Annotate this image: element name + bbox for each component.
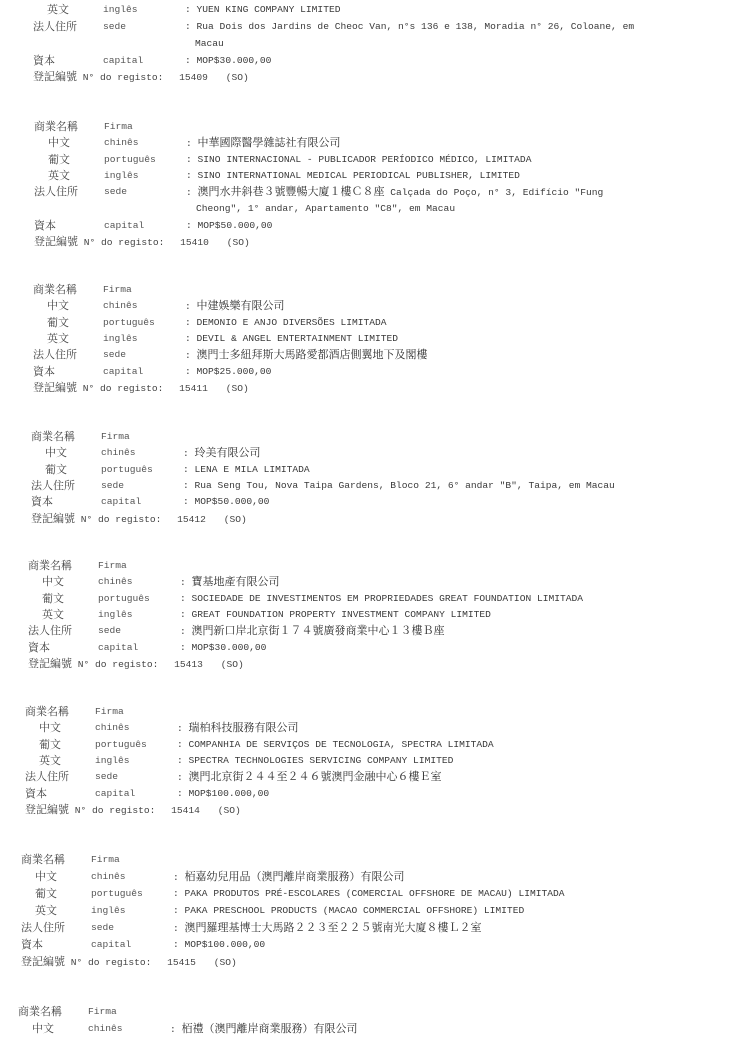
ingles-label-zh: 英文: [48, 167, 70, 184]
chines-label-pt: chinês: [91, 868, 126, 885]
registo-label-zh: 登記編號: [25, 803, 69, 816]
sede-label-zh: 法人住所: [21, 919, 65, 936]
ingles-label-zh: 英文: [47, 330, 69, 347]
sede-label-zh: 法人住所: [33, 18, 77, 35]
portugues-label-pt: português: [95, 736, 147, 753]
registo-label-zh: 登記編號: [33, 381, 77, 394]
chines-label-pt: chinês: [103, 297, 138, 314]
portugues-value: DEMONIO E ANJO DIVERSÕES LIMITADA: [197, 317, 387, 328]
registo-label-pt: N° do registo:: [83, 383, 164, 394]
registo-number: 15414: [171, 805, 200, 816]
firma-label-zh: 商業名稱: [28, 557, 72, 574]
colon: :: [177, 772, 183, 783]
firma-label-pt: Firma: [104, 118, 133, 135]
sede-value-cjk: 澳門新口岸北京街１７４號廣發商業中心１３樓Ｂ座: [192, 624, 445, 637]
portugues-label-pt: português: [104, 151, 156, 168]
colon: :: [185, 350, 191, 361]
capital-label-zh: 資本: [33, 363, 55, 380]
chines-label-zh: 中文: [39, 719, 61, 736]
registo-label-zh: 登記編號: [21, 955, 65, 968]
chines-label-pt: chinês: [104, 134, 139, 151]
registo-type: (SO): [221, 659, 244, 670]
colon: :: [185, 333, 191, 344]
registo-number: 15410: [180, 237, 209, 248]
colon: :: [177, 723, 183, 734]
capital-label-pt: capital: [98, 639, 138, 656]
capital-label-zh: 資本: [34, 217, 56, 234]
firma-label-zh: 商業名稱: [25, 703, 69, 720]
registo-type: (SO): [214, 957, 237, 968]
ingles-value: SPECTRA TECHNOLOGIES SERVICING COMPANY L…: [189, 755, 454, 766]
colon: :: [173, 939, 179, 950]
firma-label-pt: Firma: [91, 851, 120, 868]
portugues-label-zh: 葡文: [42, 590, 64, 607]
sede-value: Rua Seng Tou, Nova Taipa Gardens, Bloco …: [195, 480, 615, 491]
capital-value: MOP$30.000,00: [197, 55, 272, 66]
chines-value: 栢嘉幼兒用品（澳門離岸商業服務）有限公司: [185, 870, 405, 883]
ingles-label-pt: inglês: [103, 1, 138, 18]
sede-value-line2: Cheong", 1° andar, Apartamento "C8", em …: [196, 200, 455, 217]
colon: :: [186, 154, 192, 165]
ingles-value: GREAT FOUNDATION PROPERTY INVESTMENT COM…: [192, 609, 491, 620]
registo-row: 登記編號 N° do registo: 15409 (SO): [33, 68, 249, 85]
colon: :: [185, 317, 191, 328]
chines-label-zh: 中文: [48, 134, 70, 151]
sede-label-pt: sede: [103, 18, 126, 35]
ingles-label-pt: inglês: [98, 606, 133, 623]
portugues-label-pt: português: [101, 461, 153, 478]
capital-value: MOP$50.000,00: [198, 220, 273, 231]
chines-label-zh: 中文: [42, 573, 64, 590]
chines-value: 中建娛樂有限公司: [197, 299, 285, 312]
colon: :: [183, 480, 189, 491]
colon: :: [185, 4, 191, 15]
capital-label-pt: capital: [101, 493, 141, 510]
portugues-value: SOCIEDADE DE INVESTIMENTOS EM PROPRIEDAD…: [192, 593, 584, 604]
firma-label-zh: 商業名稱: [34, 118, 78, 135]
sede-label-zh: 法人住所: [33, 346, 77, 363]
colon: :: [173, 905, 179, 916]
chines-label-zh: 中文: [32, 1020, 54, 1037]
capital-label-zh: 資本: [28, 639, 50, 656]
capital-label-zh: 資本: [31, 493, 53, 510]
portugues-label-pt: português: [103, 314, 155, 331]
sede-value-cjk: 澳門水井斜巷３號豐暢大廈１樓Ｃ８座: [198, 185, 385, 198]
colon: :: [186, 138, 192, 149]
chines-label-zh: 中文: [45, 444, 67, 461]
firma-label-pt: Firma: [101, 428, 130, 445]
firma-label-pt: Firma: [88, 1003, 117, 1020]
colon: :: [186, 170, 192, 181]
colon: :: [180, 593, 186, 604]
registo-label-zh: 登記編號: [31, 512, 75, 525]
capital-label-pt: capital: [104, 217, 144, 234]
capital-value: MOP$100.000,00: [189, 788, 270, 799]
colon: :: [180, 642, 186, 653]
sede-value-cjk: 澳門羅理基博士大馬路２２３至２２５號南光大廈８樓Ｌ２室: [185, 921, 482, 934]
registo-row: 登記編號 N° do registo: 15415 (SO): [21, 953, 237, 970]
chines-value: 玲美有限公司: [195, 446, 261, 459]
portugues-value: COMPANHIA DE SERVIÇOS DE TECNOLOGIA, SPE…: [189, 739, 494, 750]
registo-label-pt: N° do registo:: [78, 659, 159, 670]
registo-number: 15415: [167, 957, 196, 968]
chines-value: 中華國際醫學雜誌社有限公司: [198, 136, 341, 149]
chines-value: 瑞柏科技服務有限公司: [189, 721, 299, 734]
sede-value: Rua Dois dos Jardins de Cheoc Van, n°s 1…: [197, 21, 635, 32]
firma-label-pt: Firma: [103, 281, 132, 298]
capital-value: MOP$50.000,00: [195, 496, 270, 507]
registo-number: 15412: [177, 514, 206, 525]
colon: :: [180, 609, 186, 620]
sede-label-pt: sede: [104, 183, 127, 200]
ingles-label-pt: inglês: [95, 752, 130, 769]
sede-value-line2: Macau: [195, 35, 224, 52]
portugues-value: PAKA PRODUTOS PRÉ-ESCOLARES (COMERCIAL O…: [185, 888, 565, 899]
sede-value-cjk: 澳門北京街２４４至２４６號澳門金融中心６樓Ｅ室: [189, 770, 442, 783]
chines-label-pt: chinês: [88, 1020, 123, 1037]
chines-label-pt: chinês: [98, 573, 133, 590]
portugues-label-pt: português: [91, 885, 143, 902]
registo-label-pt: N° do registo:: [81, 514, 162, 525]
chines-value: 寶基地產有限公司: [192, 575, 280, 588]
registo-label-pt: N° do registo:: [71, 957, 152, 968]
registo-label-zh: 登記編號: [33, 70, 77, 83]
ingles-value: PAKA PRESCHOOL PRODUCTS (MACAO COMMERCIA…: [185, 905, 525, 916]
colon: :: [186, 220, 192, 231]
firma-label-pt: Firma: [95, 703, 124, 720]
sede-label-pt: sede: [98, 622, 121, 639]
colon: :: [185, 21, 191, 32]
capital-label-zh: 資本: [33, 52, 55, 69]
registo-number: 15413: [174, 659, 203, 670]
sede-value: Calçada do Poço, n° 3, Edifício "Fung: [385, 187, 604, 198]
chines-label-pt: chinês: [101, 444, 136, 461]
colon: :: [183, 496, 189, 507]
registo-type: (SO): [218, 805, 241, 816]
colon: :: [173, 923, 179, 934]
portugues-label-zh: 葡文: [48, 151, 70, 168]
capital-value: MOP$25.000,00: [197, 366, 272, 377]
chines-label-pt: chinês: [95, 719, 130, 736]
colon: :: [177, 739, 183, 750]
colon: :: [185, 366, 191, 377]
registo-type: (SO): [227, 237, 250, 248]
registo-row: 登記編號 N° do registo: 15410 (SO): [34, 233, 250, 250]
firma-label-zh: 商業名稱: [18, 1003, 62, 1020]
firma-label-zh: 商業名稱: [33, 281, 77, 298]
registo-label-pt: N° do registo:: [84, 237, 165, 248]
sede-label-pt: sede: [103, 346, 126, 363]
portugues-value: SINO INTERNACIONAL - PUBLICADOR PERÍODIC…: [198, 154, 532, 165]
capital-label-pt: capital: [95, 785, 135, 802]
ingles-label-pt: inglês: [91, 902, 126, 919]
ingles-value: SINO INTERNATIONAL MEDICAL PERIODICAL PU…: [198, 170, 520, 181]
firma-label-pt: Firma: [98, 557, 127, 574]
chines-label-zh: 中文: [47, 297, 69, 314]
capital-label-zh: 資本: [21, 936, 43, 953]
capital-value: MOP$30.000,00: [192, 642, 267, 653]
registo-row: 登記編號 N° do registo: 15412 (SO): [31, 510, 247, 527]
capital-label-pt: capital: [103, 52, 143, 69]
sede-label-pt: sede: [95, 768, 118, 785]
ingles-label-zh: 英文: [39, 752, 61, 769]
capital-value: MOP$100.000,00: [185, 939, 266, 950]
registo-type: (SO): [226, 72, 249, 83]
portugues-value: LENA E MILA LIMITADA: [195, 464, 310, 475]
registo-label-pt: N° do registo:: [75, 805, 156, 816]
colon: :: [177, 788, 183, 799]
sede-label-pt: sede: [101, 477, 124, 494]
ingles-label-pt: inglês: [104, 167, 139, 184]
ingles-label-zh: 英文: [47, 1, 69, 18]
colon: :: [186, 187, 192, 198]
ingles-value: YUEN KING COMPANY LIMITED: [197, 4, 341, 15]
chines-label-zh: 中文: [35, 868, 57, 885]
registo-label-zh: 登記編號: [34, 235, 78, 248]
sede-label-pt: sede: [91, 919, 114, 936]
portugues-label-zh: 葡文: [47, 314, 69, 331]
registo-number: 15411: [179, 383, 208, 394]
registo-number: 15409: [179, 72, 208, 83]
registo-row: 登記編號 N° do registo: 15413 (SO): [28, 655, 244, 672]
colon: :: [173, 888, 179, 899]
registo-row: 登記編號 N° do registo: 15414 (SO): [25, 801, 241, 818]
registo-type: (SO): [226, 383, 249, 394]
colon: :: [185, 301, 191, 312]
portugues-label-zh: 葡文: [39, 736, 61, 753]
colon: :: [180, 577, 186, 588]
firma-label-zh: 商業名稱: [31, 428, 75, 445]
sede-value-cjk: 澳門士多紐拜斯大馬路愛都酒店側翼地下及閣樓: [197, 348, 428, 361]
chines-value: 栢禮（澳門離岸商業服務）有限公司: [182, 1022, 358, 1035]
ingles-label-pt: inglês: [103, 330, 138, 347]
sede-label-zh: 法人住所: [34, 183, 78, 200]
portugues-label-zh: 葡文: [45, 461, 67, 478]
ingles-value: DEVIL & ANGEL ENTERTAINMENT LIMITED: [197, 333, 399, 344]
firma-label-zh: 商業名稱: [21, 851, 65, 868]
ingles-label-zh: 英文: [42, 606, 64, 623]
capital-label-pt: capital: [103, 363, 143, 380]
capital-label-zh: 資本: [25, 785, 47, 802]
colon: :: [170, 1024, 176, 1035]
colon: :: [183, 464, 189, 475]
colon: :: [183, 448, 189, 459]
ingles-label-zh: 英文: [35, 902, 57, 919]
registo-label-zh: 登記編號: [28, 657, 72, 670]
colon: :: [185, 55, 191, 66]
portugues-label-zh: 葡文: [35, 885, 57, 902]
sede-label-zh: 法人住所: [28, 622, 72, 639]
capital-label-pt: capital: [91, 936, 131, 953]
registo-type: (SO): [224, 514, 247, 525]
colon: :: [173, 872, 179, 883]
colon: :: [177, 755, 183, 766]
registo-row: 登記編號 N° do registo: 15411 (SO): [33, 379, 249, 396]
sede-label-zh: 法人住所: [31, 477, 75, 494]
registo-label-pt: N° do registo:: [83, 72, 164, 83]
sede-label-zh: 法人住所: [25, 768, 69, 785]
colon: :: [180, 626, 186, 637]
portugues-label-pt: português: [98, 590, 150, 607]
